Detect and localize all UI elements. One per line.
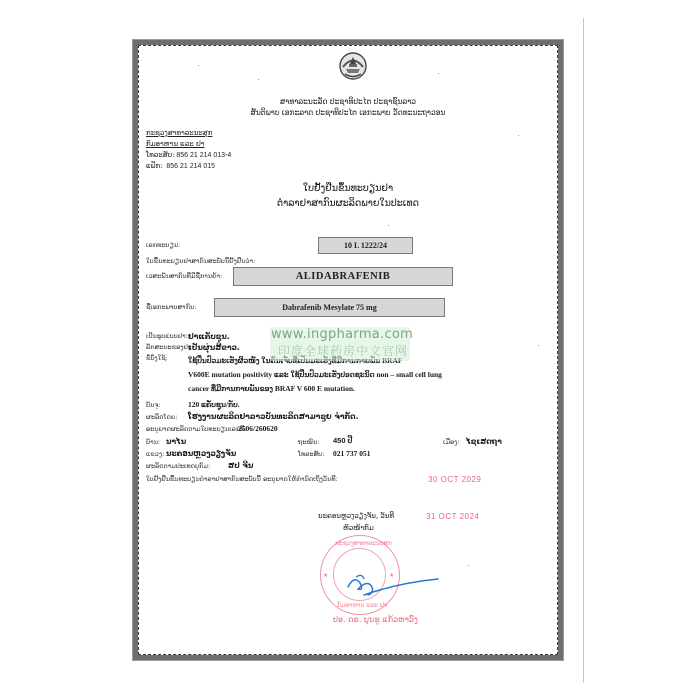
dosage-form-value: ຢາແຄັບຊູນ. bbox=[188, 332, 230, 341]
place-date-label: ນະຄອນຫຼວງວຽງຈັນ, ວັນທີ bbox=[318, 512, 394, 520]
packaging-label: ບັນຈຸ: bbox=[146, 401, 161, 409]
certify-label: ໃບຂຶ້ນທະບຽນຢາສາກົນສະບັບນີ້ຢັ້ງຢືນວ່າ: bbox=[146, 257, 255, 265]
province-label: ແຂວງ: bbox=[146, 450, 164, 458]
document-title: ໃບຢັ້ງຢືນຂຶ້ນທະບຽນຢາ bbox=[138, 183, 558, 194]
phone-line: ໂທລະສັບ: 856 21 214 013-4 bbox=[146, 151, 231, 159]
watermark-url: www.ingpharma.com bbox=[271, 327, 413, 342]
license-label: ອະນຸຍາດຜະລິດຕາມໃບທະບຽນເລກທີ: bbox=[146, 425, 247, 433]
manufacturer-value: ໂຮງງານຜະລິດຢາລາວບັນທະລິດສາມາຊູຍ ຈຳກັດ. bbox=[188, 412, 358, 421]
street-label: ຖະໜົນ: bbox=[298, 438, 319, 446]
street-value: 450 ປີ bbox=[333, 436, 352, 445]
brand-label: ເວສະພັນສາກົນທີ່ມີຊື່ການຄ້າ: bbox=[146, 272, 222, 280]
valid-until-stamp: 30 OCT 2029 bbox=[428, 475, 481, 484]
village-label: ບ້ານ: bbox=[146, 438, 160, 446]
indication-line-3: cancer ທີ່ມີການກາຍພັນຂອງ BRAF V 600 E mu… bbox=[188, 382, 533, 396]
district-value: ໄຊເສດຖາ bbox=[466, 437, 502, 446]
indication-text: ໃຊ້ປິ່ນປົວມະເຮັງຜິວໜັງ ໃນຄົນເຈັບທີ່ເປັນມ… bbox=[188, 354, 533, 396]
phone-label: ໂທລະສັບ: bbox=[146, 151, 174, 159]
validity-text: ໃບຢັ້ງຢືນຂຶ້ນທະບຽນຕຳລາຢາສາກົນສະບັບນີ້ ອະ… bbox=[146, 475, 338, 483]
fax-value: 856 21 214 015 bbox=[166, 163, 215, 170]
appearance-label: ລັກສະນະຂອງຢາ: bbox=[146, 343, 194, 351]
generic-name-box: Dabrafenib Mesylate 75 mg bbox=[214, 298, 445, 317]
country-value: ສປ ຈີນ bbox=[228, 461, 253, 470]
brand-name-box: ALIDABRAFENIB bbox=[233, 267, 453, 286]
packaging-value: 120 ແຄັບຊູນ/ກັບ. bbox=[188, 400, 240, 409]
village-value: ນາໄນ bbox=[166, 437, 186, 446]
watermark-chinese: 印度全球药房中文官网 bbox=[278, 342, 408, 359]
phone-value: 856 21 214 013-4 bbox=[176, 152, 231, 159]
page-edge bbox=[583, 18, 584, 683]
seal-top-text: ກະຊວງສາທາລະນະສຸກ bbox=[335, 540, 392, 547]
generic-label: ຊື່ເອກະພາບສາກົນ: bbox=[146, 303, 196, 311]
fax-label: ແຟັກ: bbox=[146, 162, 162, 170]
department-name: ກົມອາຫານ ແລະ ຢາ bbox=[146, 140, 205, 148]
registration-no-label: ເລກທະບຽນ: bbox=[146, 241, 180, 249]
lao-national-emblem-icon bbox=[338, 51, 368, 81]
indication-line-2: V600E mutation positivity ແລະ ໃຊ້ປິ່ນປົວ… bbox=[188, 368, 533, 382]
tel-value: 021 737 051 bbox=[333, 449, 371, 458]
appearance-value: ເປັນຜຸ່ນສີຂາວ. bbox=[188, 343, 240, 352]
signature-icon bbox=[328, 565, 448, 605]
signer-name: ປອ. ດຣ. ບຸນຮູ ແກ້ວຫາວົງ bbox=[333, 615, 418, 624]
province-value: ນະຄອນຫຼວງວຽງຈັນ bbox=[166, 449, 236, 458]
issue-date-stamp: 31 OCT 2024 bbox=[426, 512, 479, 521]
country-label: ຜະລິດຕາມປະເທດບຸກົມ: bbox=[146, 462, 210, 470]
license-value: 2506/260620 bbox=[238, 424, 278, 433]
district-label: ເມືອງ: bbox=[443, 438, 459, 446]
indication-label: ຂໍ້ບົ່ງໃຊ້: bbox=[146, 354, 168, 362]
registration-no-box: 10 L 1222/24 bbox=[318, 237, 413, 254]
manufacturer-label: ຜະລິດໂດຍ: bbox=[146, 413, 178, 421]
ministry-name: ກະຊວງສາທາລະນະສຸກ bbox=[146, 129, 212, 137]
fax-line: ແຟັກ: 856 21 214 015 bbox=[146, 162, 215, 170]
country-name: ສາທາລະນະລັດ ປະຊາທິປະໄຕ ປະຊາຊົນລາວ bbox=[138, 97, 558, 106]
signatory-role: ຫົວໜ້າກົມ bbox=[343, 524, 374, 532]
tel-label: ໂທລະສັບ: bbox=[298, 450, 324, 458]
national-motto: ສັນຕິພາບ ເອກະລາດ ປະຊາທິປະໄຕ ເອກະພາບ ວັດທ… bbox=[138, 108, 558, 117]
dosage-form-label: ເປັນຮູບແບບຢາ: bbox=[146, 332, 188, 340]
document-subtitle: ຕຳລາຢາສາກົນຜະລິດພາຍໃນປະເທດ bbox=[138, 198, 558, 209]
